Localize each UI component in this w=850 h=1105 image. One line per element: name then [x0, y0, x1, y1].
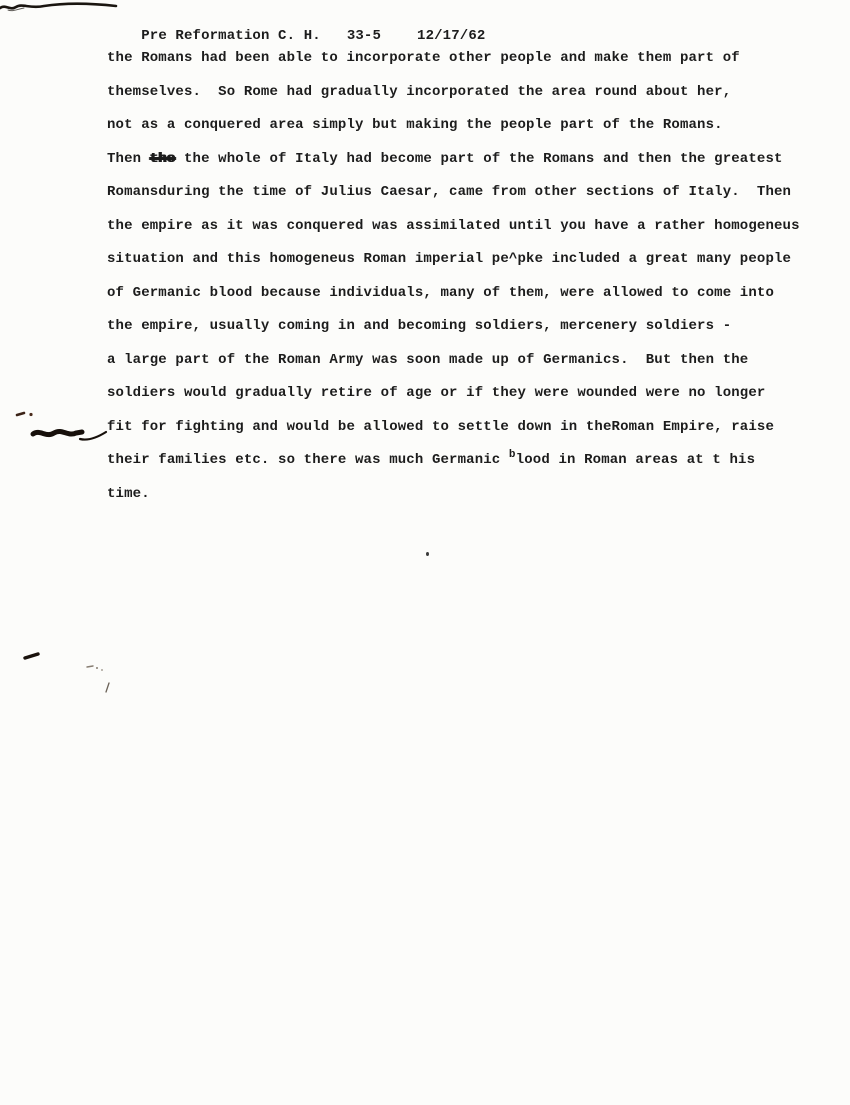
text-line: the empire, usually coming in and becomi…: [107, 310, 817, 344]
text-segment: Then: [107, 151, 150, 167]
text-line: of Germanic blood because individuals, m…: [107, 277, 817, 311]
text-line: the empire as it was conquered was assim…: [107, 210, 817, 244]
text-segment: situation and this homogeneus Roman impe…: [107, 251, 791, 267]
text-segment: not as a conquered area simply but makin…: [107, 117, 723, 133]
pen-lower-tick: [102, 681, 114, 695]
document-body: the Romans had been able to incorporate …: [107, 42, 817, 511]
text-segment: the Romans had been able to incorporate …: [107, 50, 740, 66]
text-line: a large part of the Roman Army was soon …: [107, 344, 817, 378]
text-segment-raised: b: [509, 449, 516, 461]
text-segment-struck: the: [150, 151, 176, 167]
text-line: time.: [107, 478, 817, 512]
text-line: their families etc. so there was much Ge…: [107, 444, 817, 478]
text-line: not as a conquered area simply but makin…: [107, 109, 817, 143]
text-segment: soldiers would gradually retire of age o…: [107, 385, 765, 401]
pen-lower-dots: [85, 662, 111, 674]
text-segment: the empire, usually coming in and becomi…: [107, 318, 731, 334]
text-segment: fit for fighting and would be allowed to…: [107, 419, 774, 435]
text-segment: lood in Roman areas at t his: [516, 452, 755, 468]
pen-lower-dash: [22, 650, 44, 662]
document-page: Pre Reformation C. H.33-512/17/62 the Ro…: [0, 0, 850, 1105]
pen-margin-dash-dots: [14, 407, 40, 421]
text-line: Romansduring the time of Julius Caesar, …: [107, 176, 817, 210]
text-segment: the whole of Italy had become part of th…: [175, 151, 782, 167]
text-line: situation and this homogeneus Roman impe…: [107, 243, 817, 277]
text-segment: of Germanic blood because individuals, m…: [107, 285, 774, 301]
pen-margin-scribble: [30, 424, 110, 444]
text-line: the Romans had been able to incorporate …: [107, 42, 817, 76]
text-segment: time.: [107, 486, 150, 502]
text-segment: a large part of the Roman Army was soon …: [107, 352, 748, 368]
text-segment: their families etc. so there was much Ge…: [107, 452, 509, 468]
text-line: themselves. So Rome had gradually incorp…: [107, 76, 817, 110]
text-line: soldiers would gradually retire of age o…: [107, 377, 817, 411]
text-segment: the empire as it was conquered was assim…: [107, 218, 800, 234]
text-segment: themselves. So Rome had gradually incorp…: [107, 84, 731, 100]
stray-period-mark: [426, 552, 429, 556]
text-line: fit for fighting and would be allowed to…: [107, 411, 817, 445]
text-segment: Romansduring the time of Julius Caesar, …: [107, 184, 791, 200]
text-line: Then the the whole of Italy had become p…: [107, 143, 817, 177]
